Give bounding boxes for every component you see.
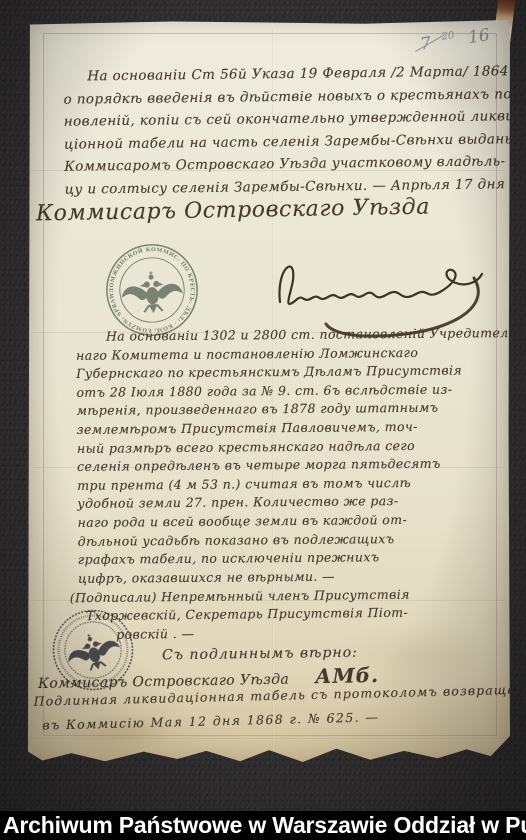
archive-photo: 7 20 16 На основаніи Ст 56й Указа 19 Фев… [0,0,526,840]
folio-number: 16 [467,25,491,48]
official-seal-eagle: ЛОМЖИНСКОЙ КОММИС: ПО КРЕСТЬ: ДѢЛ: · KOM… [101,239,203,341]
archive-banner: Archiwum Państwowe w Warszawie Oddział w… [0,811,526,840]
paragraph-main: На основаніи 1302 и 2800 ст. постановлен… [76,325,506,589]
return-note: Подлинная ликвидаціонная табель съ прото… [33,682,504,741]
pencil-foliation: 7 20 16 [419,25,491,55]
handwritten-line: ровскій . — [116,623,500,645]
document-page: 7 20 16 На основаніи Ст 56й Указа 19 Фев… [28,20,510,762]
signature-block: (Подписали) Непремѣнный членъ Присутстві… [70,586,501,646]
certification-line: Съ подлиннымъ вѣрно: [162,645,358,664]
monogram-signature: АМб. [315,663,379,688]
archive-banner-text: Archiwum Państwowe w Warszawie Oddział w… [0,812,526,839]
crossed-folio-number: 7 [419,33,433,54]
small-pencil-note: 20 [441,30,455,43]
paragraph-intro: На основаніи Ст 56й Указа 19 Февраля /2 … [63,63,507,204]
